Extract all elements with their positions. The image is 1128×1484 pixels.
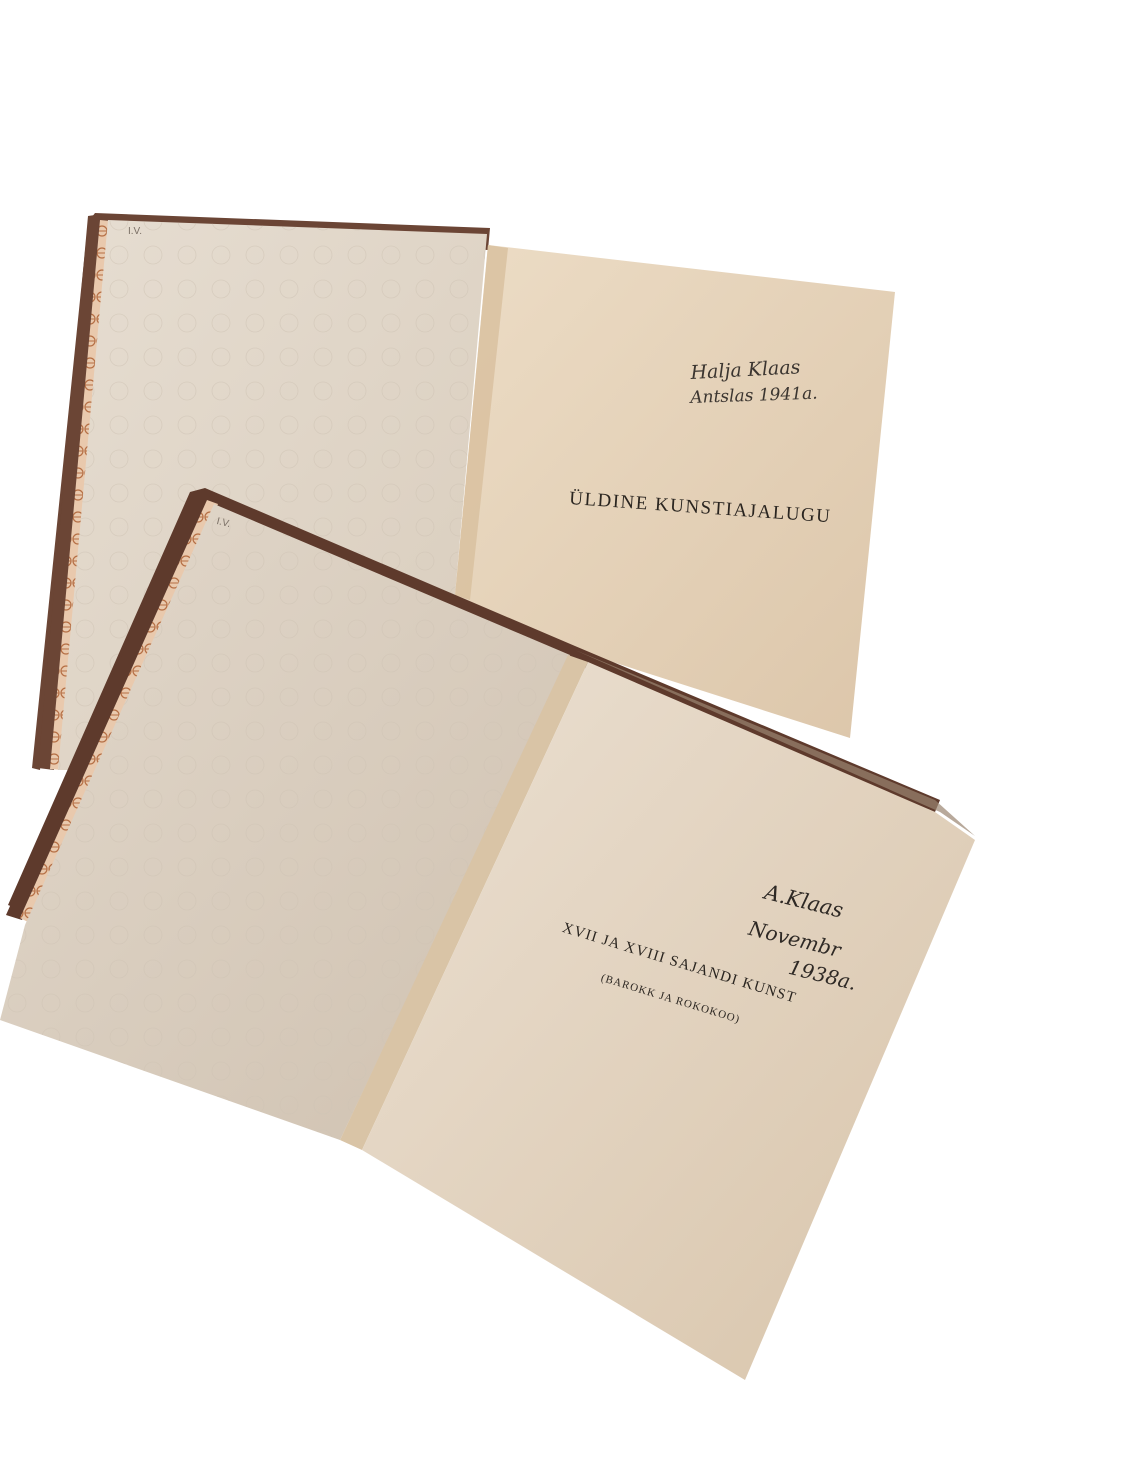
- books-scene: [0, 0, 1128, 1484]
- book-back-endpaper-mark: I.V.: [128, 226, 142, 237]
